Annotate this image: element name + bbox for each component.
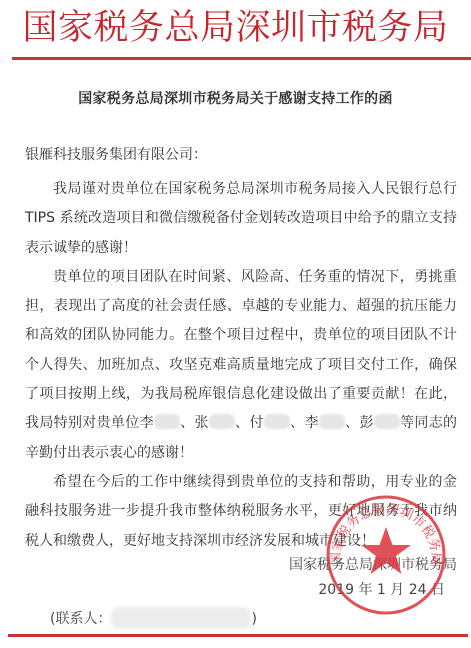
- official-seal-icon: 国家税务总局深圳市税务局: [325, 494, 447, 616]
- paragraph-2: 贵单位的项目团队在时间紧、风险高、任务重的情况下，勇挑重担，表现出了高度的社会责…: [25, 263, 457, 468]
- addressee: 银雁科技服务集团有限公司：: [25, 144, 207, 164]
- contact-line: (联系人：): [50, 607, 257, 629]
- paragraph-2-main: 贵单位的项目团队在时间紧、风险高、任务重的情况下，勇挑重担，表现出了高度的社会责…: [25, 269, 457, 431]
- name-2: 张: [195, 415, 209, 431]
- paragraph-1: 我局谨对贵单位在国家税务总局深圳市税务局接入人民银行总行 TIPS 系统改造项目…: [25, 175, 457, 263]
- redacted-name: [374, 414, 400, 429]
- redacted-contact: [111, 607, 251, 629]
- redacted-name: [264, 414, 290, 429]
- name-1: 李: [140, 415, 154, 431]
- name-3: 付: [250, 415, 264, 431]
- redacted-name: [209, 414, 235, 429]
- name-4: 李: [304, 415, 318, 431]
- name-5: 彭: [359, 415, 373, 431]
- letterhead-title: 国家税务总局深圳市税务局: [0, 6, 471, 50]
- document-subtitle: 国家税务总局深圳市税务局关于感谢支持工作的函: [0, 88, 471, 108]
- footer-divider: [8, 634, 468, 637]
- letterhead-divider: [12, 57, 471, 60]
- redacted-name: [154, 414, 180, 429]
- redacted-name: [319, 414, 345, 429]
